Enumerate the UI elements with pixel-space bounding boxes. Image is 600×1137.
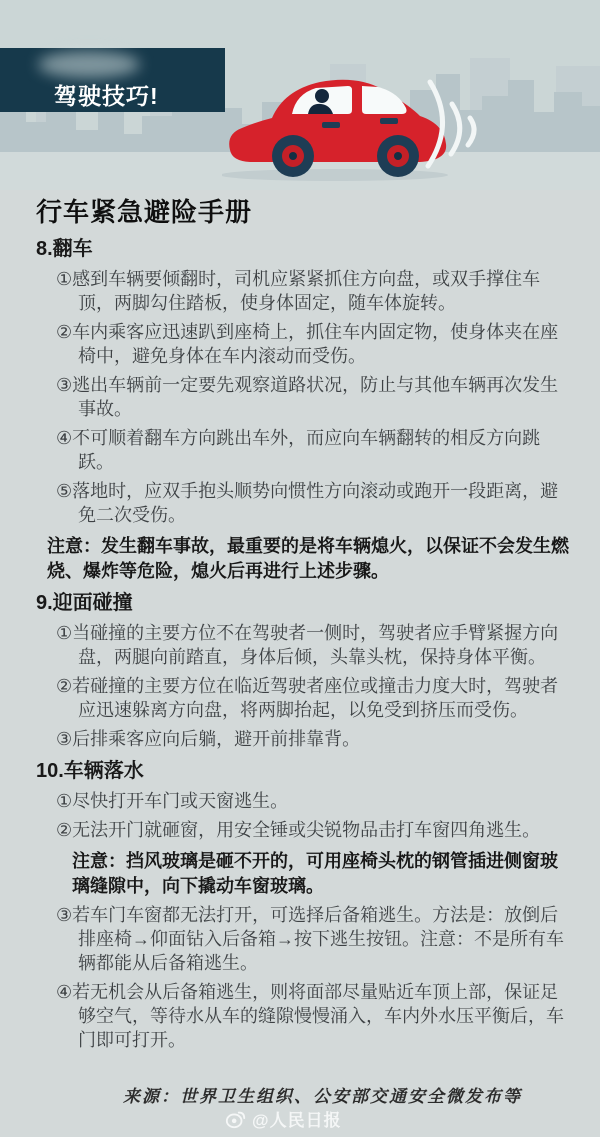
door-handle-front — [322, 122, 340, 128]
section-9-heading: 9.迎面碰撞 — [36, 591, 570, 616]
section-8-item: ①感到车辆要倾翻时，司机应紧紧抓住方向盘，或双手撑住车顶，两脚勾住踏板，使身体固… — [0, 267, 570, 315]
section-8-heading: 8.翻车 — [36, 237, 570, 262]
section-8-item: ②车内乘客应迅速趴到座椅上，抓住车内固定物，使身体夹在座椅中，避免身体在车内滚动… — [0, 320, 570, 368]
watermark-handle: @人民日报 — [252, 1106, 342, 1131]
source-attribution: 来源：世界卫生组织、公安部交通安全微发布等 — [0, 1082, 522, 1107]
section-10-item: ①尽快打开车门或天窗逃生。 — [0, 789, 570, 813]
header-banner: 驾驶技巧! — [0, 0, 600, 190]
section-10-item: ③若车门车窗都无法打开，可选择后备箱逃生。方法是：放倒后排座椅→仰面钻入后备箱→… — [0, 903, 570, 975]
section-10-item: ②无法开门就砸窗，用安全锤或尖锐物品击打车窗四角逃生。 — [0, 818, 570, 842]
badge-label: 驾驶技巧! — [54, 78, 159, 111]
section-8-item: ③逃出车辆前一定要先观察道路状况，防止与其他车辆再次发生事故。 — [0, 373, 570, 421]
section-10-item: ④若无机会从后备箱逃生，则将面部尽量贴近车顶上部，保证足够空气，等待水从车的缝隙… — [0, 980, 570, 1052]
section-9-item: ②若碰撞的主要方位在临近驾驶者座位或撞击力度大时，驾驶者应迅速躲离方向盘，将两脚… — [0, 674, 570, 722]
car-shadow — [222, 169, 448, 181]
rear-wheel — [377, 135, 419, 177]
weibo-logo-icon — [225, 1108, 247, 1130]
door-handle-rear — [380, 118, 398, 124]
infographic-page: 驾驶技巧! — [0, 0, 600, 1137]
section-8-item: ⑤落地时，应双手抱头顺势向惯性方向滚动或跑开一段距离，避免二次受伤。 — [0, 479, 570, 527]
red-car-icon — [222, 50, 484, 182]
section-10-heading: 10.车辆落水 — [36, 759, 570, 784]
manual-content: 行车紧急避险手册 8.翻车 ①感到车辆要倾翻时，司机应紧紧抓住方向盘，或双手撑住… — [0, 196, 600, 1052]
weibo-watermark: @人民日报 — [225, 1106, 342, 1131]
car-window-rear — [362, 86, 407, 114]
section-9-item: ③后排乘客应向后躺，避开前排靠背。 — [0, 727, 570, 751]
section-8-item: ④不可顺着翻车方向跳出车外，而应向车辆翻转的相反方向跳跃。 — [0, 426, 570, 474]
front-wheel — [272, 135, 314, 177]
page-title: 行车紧急避险手册 — [36, 196, 600, 229]
section-8-note: 注意：发生翻车事故，最重要的是将车辆熄火，以保证不会发生燃烧、爆炸等危险，熄火后… — [0, 534, 570, 583]
blurred-logo — [38, 51, 140, 78]
section-10-note: 注意：挡风玻璃是砸不开的，可用座椅头枕的钢管插进侧窗玻璃缝隙中，向下撬动车窗玻璃… — [0, 849, 570, 898]
section-9-item: ①当碰撞的主要方位不在驾驶者一侧时，驾驶者应手臂紧握方向盘，两腿向前踏直，身体后… — [0, 621, 570, 669]
driving-tips-badge: 驾驶技巧! — [0, 48, 225, 112]
